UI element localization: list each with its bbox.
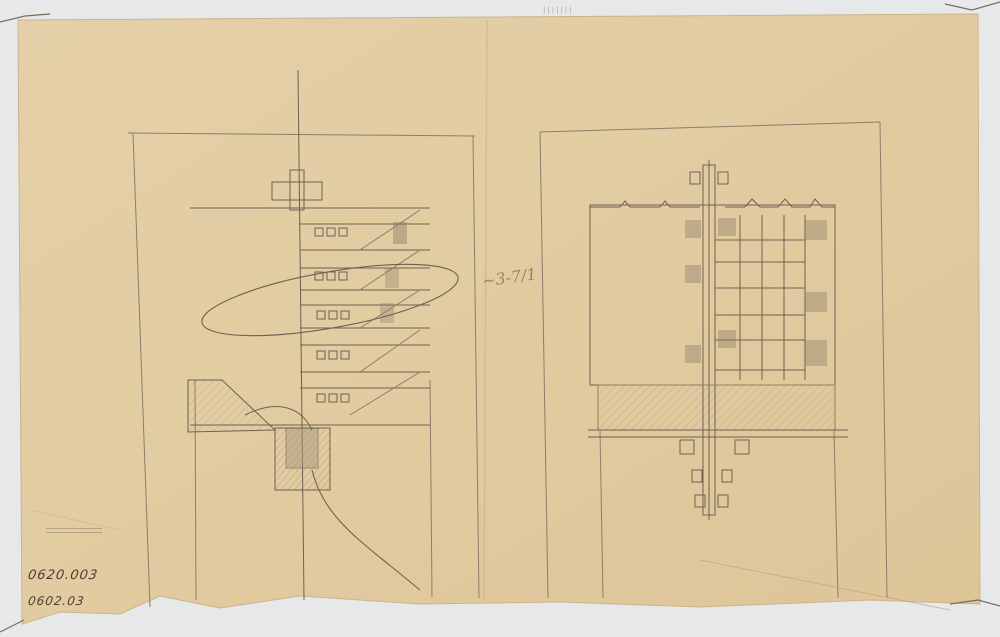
catalog-number-primary: 0620.003 — [27, 568, 99, 583]
tracing-paper-sheet — [0, 0, 1000, 637]
catalog-number-secondary: 0602.03 — [27, 594, 86, 608]
archival-drawing-scan: ||||||| ~3-7/1 0620.003 0602.03 — [0, 0, 1000, 637]
top-edge-mark: ||||||| — [543, 6, 574, 14]
archive-stamp — [46, 528, 102, 536]
